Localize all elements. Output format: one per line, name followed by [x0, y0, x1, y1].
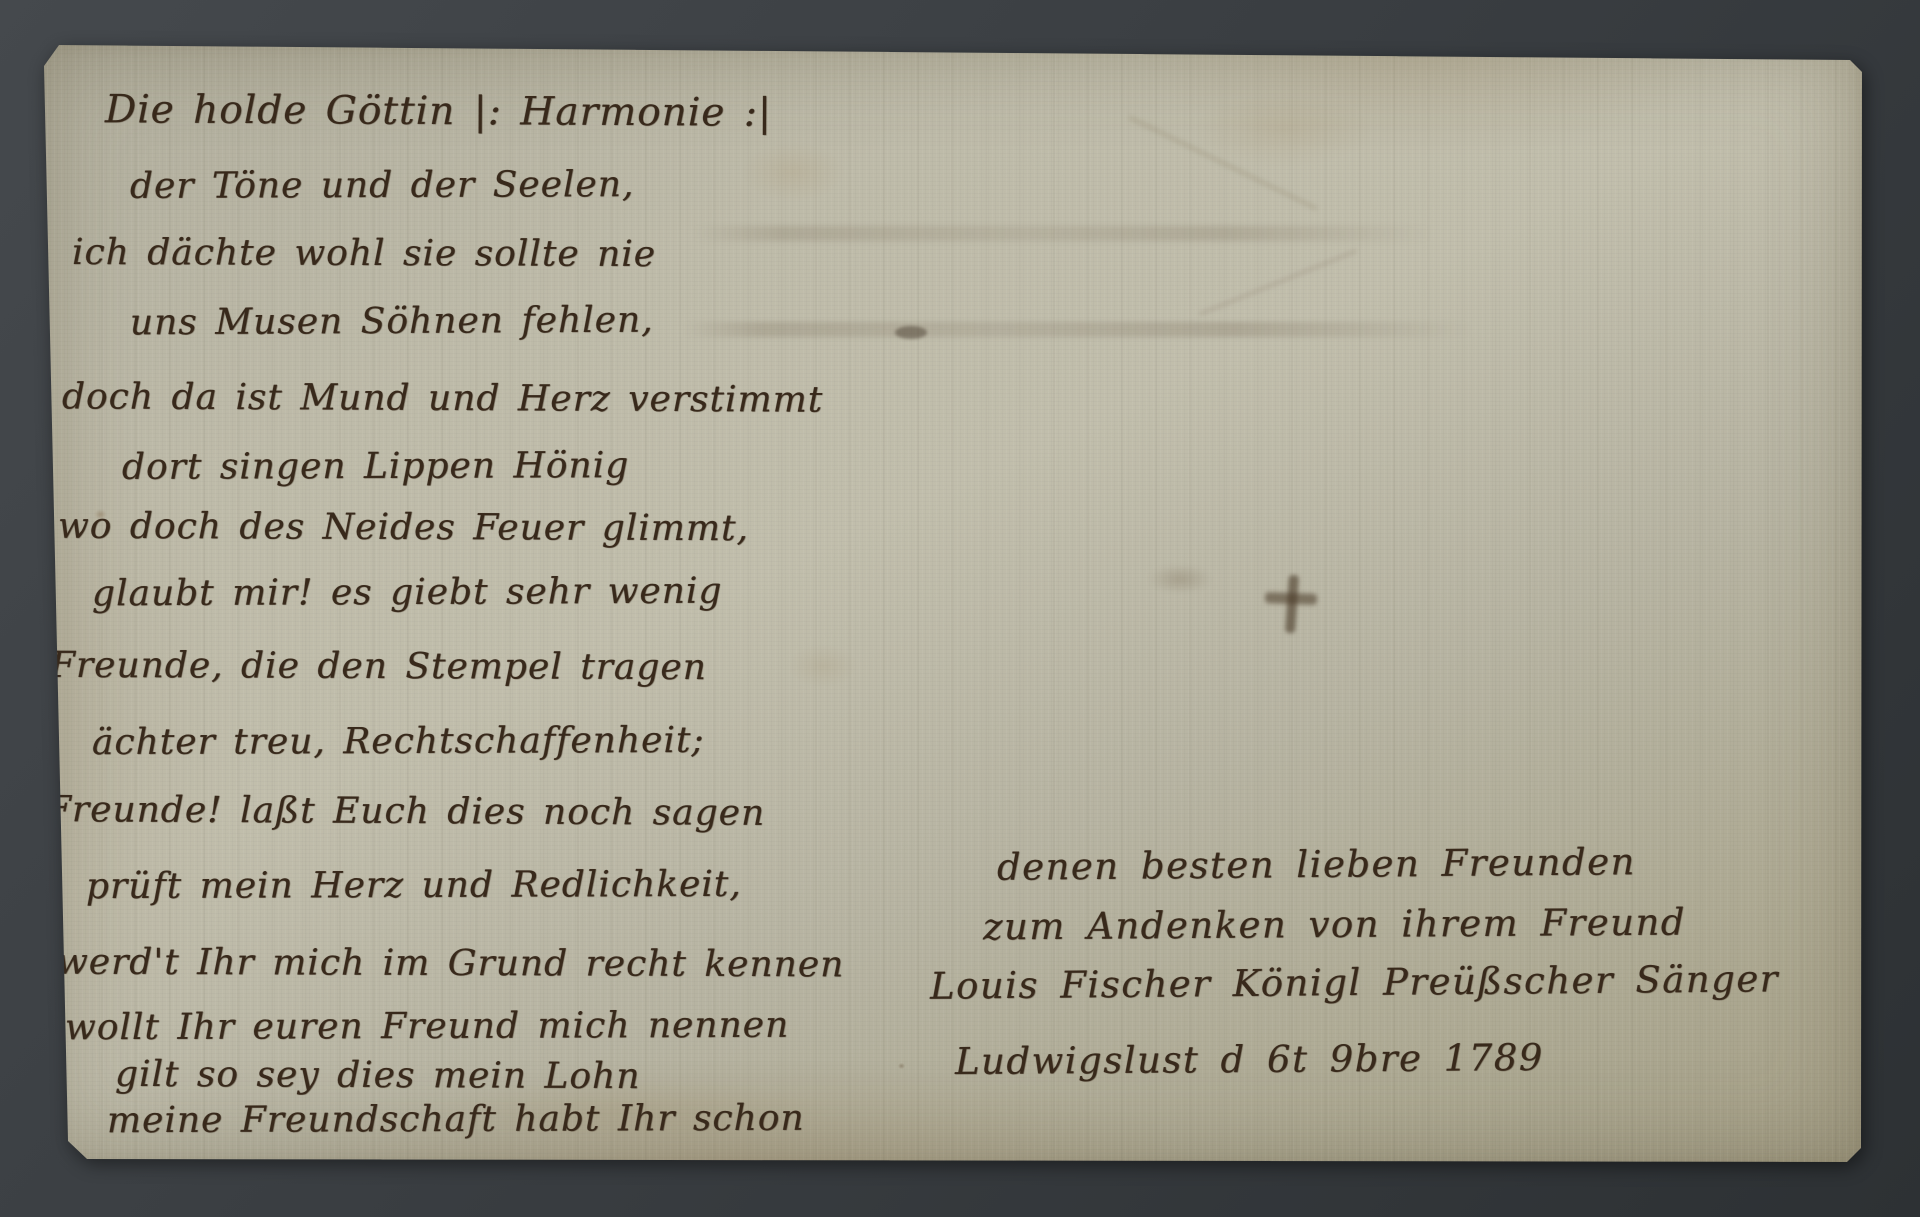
dedication-line: denen besten lieben Freunden [997, 843, 1636, 886]
poem-line: uns Musen Söhnen fehlen, [130, 303, 654, 342]
poem-line: prüft mein Herz und Redlichkeit, [86, 867, 742, 905]
poem-line: Freunde! laßt Euch dies noch sagen [46, 792, 765, 832]
poem-line: Die holde Göttin |: Harmonie :| [105, 90, 772, 132]
poem-line: dort singen Lippen Hönig [122, 448, 629, 486]
manuscript-page-wrapper: Die holde Göttin |: Harmonie :| der Töne… [33, 40, 1865, 1166]
paper-stain [723, 132, 863, 212]
ink-smudge [1137, 560, 1223, 598]
dedication-line-date-place: Ludwigslust d 6t 9bre 1789 [955, 1039, 1544, 1080]
poem-line: glaubt mir! es giebt sehr wenig [92, 574, 723, 613]
poem-line: wollt Ihr euren Freund mich nennen [65, 1008, 789, 1047]
poem-line: doch da ist Mund und Herz verstimmt [62, 379, 823, 418]
ink-speck [897, 1062, 906, 1070]
dedication-line: zum Andenken von ihrem Freund [983, 904, 1686, 946]
paper-stain [778, 638, 868, 694]
ink-cross-blot [1285, 575, 1299, 634]
poem-line: ich dächte wohl sie sollte nie [72, 235, 656, 273]
ink-bleed-through-spot [895, 326, 927, 339]
ink-bleed-through-line [693, 226, 1433, 241]
faint-scratch-mark [1198, 248, 1357, 316]
manuscript-page: Die holde Göttin |: Harmonie :| der Töne… [33, 40, 1865, 1166]
faint-scratch-mark [1127, 114, 1318, 211]
scan-background: Die holde Göttin |: Harmonie :| der Töne… [0, 0, 1920, 1217]
ink-cross-blot [1265, 592, 1317, 605]
poem-line: der Töne und der Seelen, [130, 167, 635, 205]
poem-line: meine Freundschaft habt Ihr schon [107, 1101, 805, 1139]
poem-line: gilt so sey dies mein Lohn [115, 1057, 641, 1095]
dedication-line-signature: Louis Fischer Königl Preüßscher Sänger [930, 960, 1779, 1004]
paper-stain [1163, 80, 1403, 180]
poem-line: werd't Ihr mich im Grund recht kennen [57, 945, 844, 984]
poem-line: ächter treu, Rechtschaffenheit; [92, 723, 705, 761]
poem-line: wo doch des Neides Feuer glimmt, [58, 509, 749, 547]
poem-line: Freunde, die den Stempel tragen [50, 648, 707, 686]
ink-bleed-through-line [683, 322, 1473, 337]
